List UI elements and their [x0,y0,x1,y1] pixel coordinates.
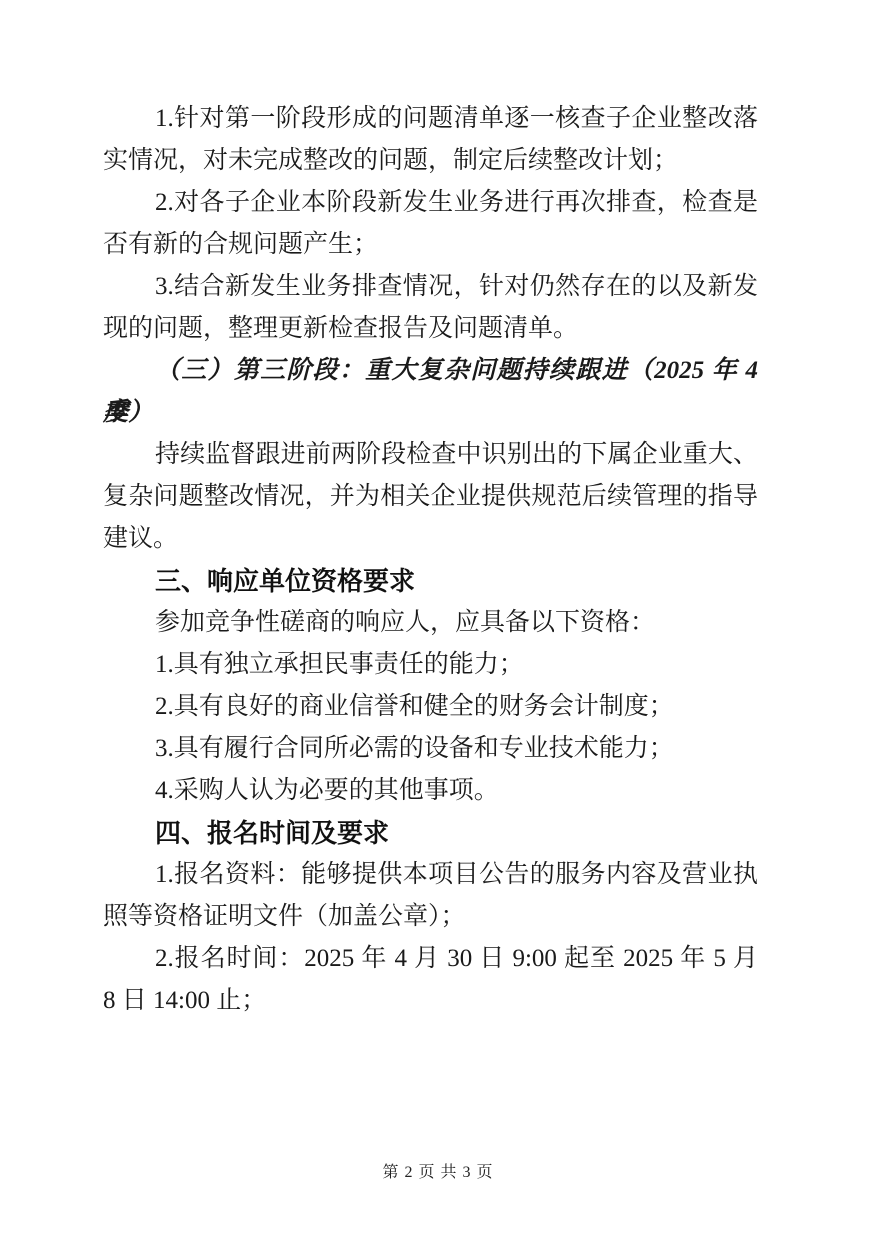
page-footer: 第 2 页 共 3 页 [0,1160,876,1186]
text-line: 2.报名时间：2025 年 4 月 30 日 9:00 起至 2025 年 5 … [103,938,758,980]
document-page: 1.针对第一阶段形成的问题清单逐一核查子企业整改落实情况，对未完成整改的问题，制… [0,0,876,1256]
text-line: 3.具有履行合同所必需的设备和专业技术能力； [103,728,758,770]
text-line: 三、响应单位资格要求 [103,560,758,602]
document-body: 1.针对第一阶段形成的问题清单逐一核查子企业整改落实情况，对未完成整改的问题，制… [103,98,758,1022]
text-line: （三）第三阶段：重大复杂问题持续跟进（2025 年 4 季 [103,350,758,392]
text-line: 1.具有独立承担民事责任的能力； [103,644,758,686]
text-line: 度） [103,392,758,434]
text-line: 现的问题，整理更新检查报告及问题清单。 [103,308,758,350]
text-line: 四、报名时间及要求 [103,812,758,854]
text-line: 4.采购人认为必要的其他事项。 [103,770,758,812]
page-number: 第 2 页 共 3 页 [382,1164,493,1181]
text-line: 1.报名资料：能够提供本项目公告的服务内容及营业执 [103,854,758,896]
text-line: 建议。 [103,518,758,560]
text-line: 8 日 14:00 止； [103,980,758,1022]
text-line: 照等资格证明文件（加盖公章）； [103,896,758,938]
text-line: 持续监督跟进前两阶段检查中识别出的下属企业重大、 [103,434,758,476]
text-line: 2.具有良好的商业信誉和健全的财务会计制度； [103,686,758,728]
text-line: 2.对各子企业本阶段新发生业务进行再次排查，检查是 [103,182,758,224]
text-line: 实情况，对未完成整改的问题，制定后续整改计划； [103,140,758,182]
text-line: 1.针对第一阶段形成的问题清单逐一核查子企业整改落 [103,98,758,140]
text-line: 否有新的合规问题产生； [103,224,758,266]
text-line: 3.结合新发生业务排查情况，针对仍然存在的以及新发 [103,266,758,308]
text-line: 参加竞争性磋商的响应人，应具备以下资格： [103,602,758,644]
text-line: 复杂问题整改情况，并为相关企业提供规范后续管理的指导 [103,476,758,518]
